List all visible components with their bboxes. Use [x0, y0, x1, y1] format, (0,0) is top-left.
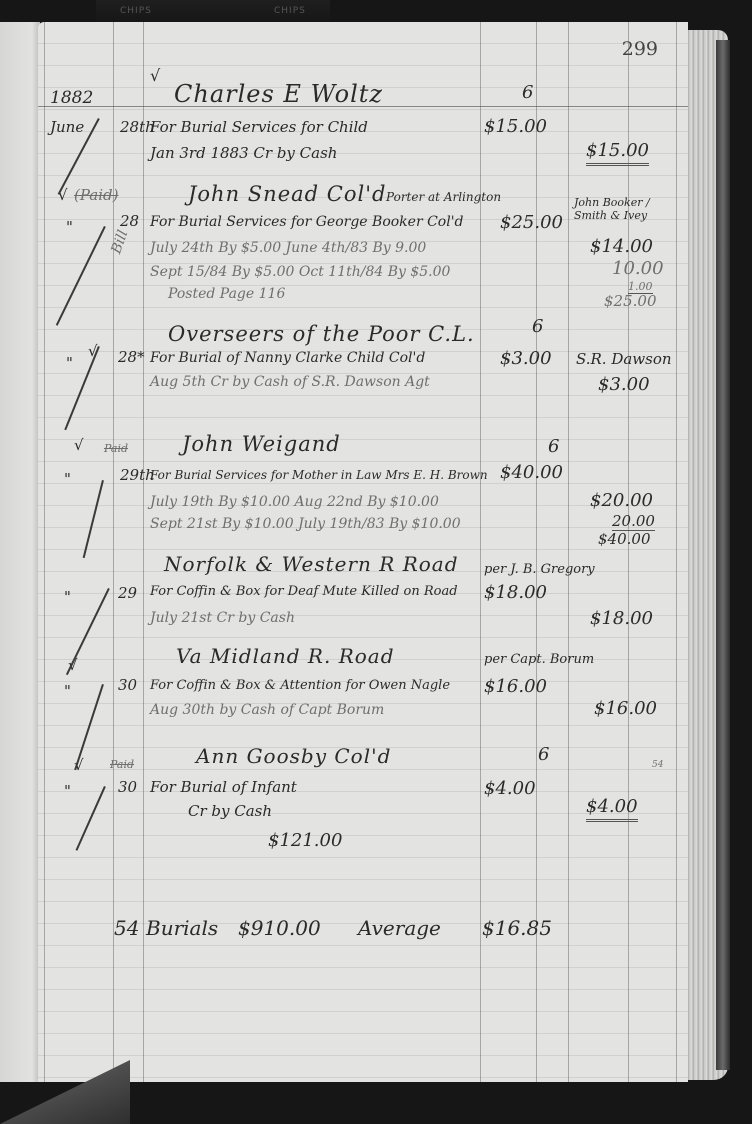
- description: For Burial of Nanny Clarke Child Col'd: [150, 350, 425, 366]
- account-name: Va Midland R. Road: [176, 644, 395, 668]
- struck-paid: (Paid): [74, 186, 118, 204]
- ref-mark: 6: [532, 316, 543, 337]
- account-name: John Weigand: [182, 432, 341, 456]
- debit-amount: $15.00: [484, 116, 547, 137]
- credit-amount: $15.00: [586, 140, 649, 166]
- page-total: $121.00: [268, 830, 342, 851]
- entry-slash: [74, 684, 104, 770]
- account-extra: Porter at Arlington: [386, 190, 501, 204]
- description: For Burial Services for Mother in Law Mr…: [150, 468, 488, 482]
- entry-slash: [83, 480, 104, 558]
- ditto-mark: ": [66, 354, 73, 372]
- ref-mark: 6: [522, 82, 533, 103]
- year: 1882: [50, 88, 93, 108]
- month: June: [50, 118, 84, 136]
- description: For Burial Services for George Booker Co…: [150, 214, 464, 230]
- note: July 19th By $10.00 Aug 22nd By $10.00: [150, 494, 439, 510]
- debit-amount: $16.00: [484, 676, 547, 697]
- check-mark: √: [74, 436, 84, 454]
- credit-amount: $18.00: [590, 608, 653, 629]
- debit-amount: $40.00: [500, 462, 563, 483]
- note: Jan 3rd 1883 Cr by Cash: [150, 144, 337, 162]
- credit-amount: $14.00: [590, 236, 653, 257]
- right-rule: [676, 22, 677, 1082]
- scan-background: CHIPS CHIPS 299 1882 √ Charles E Woltz 6…: [0, 0, 752, 1124]
- burial-count: 54: [114, 916, 139, 940]
- note: Sept 15/84 By $5.00 Oct 11th/84 By $5.00: [150, 264, 450, 280]
- day: 29: [118, 584, 137, 602]
- debit-amount: $18.00: [484, 582, 547, 603]
- margin-count: 54: [652, 760, 663, 770]
- credit-amount: $4.00: [586, 796, 638, 822]
- description: For Burial of Infant: [150, 778, 297, 796]
- payee-note: per Capt. Borum: [484, 652, 594, 667]
- clip-label-right: CHIPS: [274, 6, 306, 16]
- credit-total: $25.00: [604, 292, 657, 310]
- description: For Coffin & Box & Attention for Owen Na…: [150, 678, 450, 693]
- ditto-mark: ": [64, 588, 71, 606]
- credit-amount: $3.00: [598, 374, 650, 395]
- ditto-mark: ": [66, 218, 73, 236]
- payee-note: per J. B. Gregory: [484, 562, 595, 577]
- payee-note: S.R. Dawson: [576, 350, 672, 368]
- debit-rule-left: [480, 22, 481, 1082]
- credit-rule-cents: [628, 22, 629, 1082]
- page-number: 299: [622, 38, 658, 60]
- burials-label: Burials: [146, 916, 218, 940]
- average-amount: $16.85: [482, 916, 552, 940]
- entry-slash: [56, 226, 106, 326]
- account-name: Ann Goosby Col'd: [196, 744, 391, 768]
- day: 28*: [118, 348, 145, 366]
- note: Cr by Cash: [188, 802, 272, 820]
- credit-amount: $20.00: [590, 490, 653, 511]
- credit-total: $40.00: [598, 530, 651, 548]
- total-amount: $910.00: [238, 916, 321, 940]
- entry-slash: [76, 786, 106, 851]
- credit-amount: $16.00: [594, 698, 657, 719]
- struck-paid: Paid: [110, 758, 134, 771]
- description: For Coffin & Box for Deaf Mute Killed on…: [150, 584, 458, 599]
- note: Aug 5th Cr by Cash of S.R. Dawson Agt: [150, 374, 430, 390]
- ledger-page: 299 1882 √ Charles E Woltz 6 June 28th F…: [38, 22, 688, 1082]
- account-name: Overseers of the Poor C.L.: [168, 322, 475, 346]
- note: Posted Page 116: [168, 286, 285, 302]
- bill-note: Bill: [108, 228, 131, 256]
- clip-label: CHIPS: [120, 6, 152, 16]
- credit-amount: 10.00: [612, 258, 664, 279]
- description: For Burial Services for Child: [150, 118, 368, 136]
- credit-amount: 20.00: [612, 512, 655, 531]
- payee-note: John Booker / Smith & Ivey: [574, 196, 674, 222]
- average-label: Average: [358, 916, 441, 940]
- ditto-mark: ": [64, 782, 71, 800]
- account-name: Charles E Woltz: [174, 80, 383, 108]
- note: July 21st Cr by Cash: [150, 610, 295, 626]
- account-name: Norfolk & Western R Road: [164, 552, 459, 576]
- facing-page-edge: [0, 22, 40, 1082]
- day: 30: [118, 676, 137, 694]
- credit-rule-left: [568, 22, 569, 1082]
- ditto-mark: ": [64, 470, 71, 488]
- note: Sept 21st By $10.00 July 19th/83 By $10.…: [150, 516, 461, 532]
- book-fore-edge: [716, 40, 730, 1070]
- check-mark: √: [150, 66, 160, 85]
- struck-paid: Paid: [104, 442, 128, 455]
- ref-mark: 6: [548, 436, 559, 457]
- debit-amount: $3.00: [500, 348, 552, 369]
- ditto-mark: ": [64, 682, 71, 700]
- debit-amount: $4.00: [484, 778, 536, 799]
- entry-slash: [66, 588, 110, 675]
- day-rule: [143, 22, 144, 1082]
- day: 30: [118, 778, 137, 796]
- ref-mark: 6: [538, 744, 549, 765]
- debit-amount: $25.00: [500, 212, 563, 233]
- note: July 24th By $5.00 June 4th/83 By 9.00: [150, 240, 426, 256]
- account-name: John Snead Col'd: [188, 182, 386, 206]
- day: 28: [120, 212, 139, 230]
- note: Aug 30th by Cash of Capt Borum: [150, 702, 384, 718]
- margin-rule: [44, 22, 45, 1082]
